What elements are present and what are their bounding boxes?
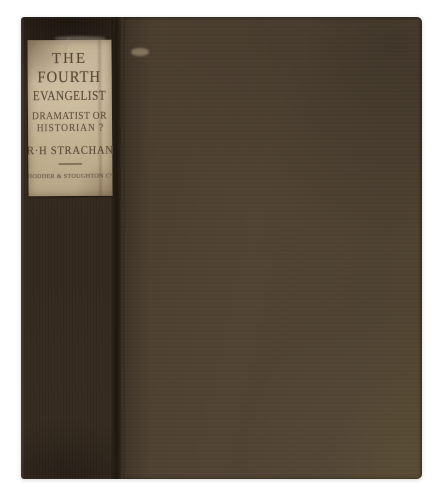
label-subtitle-line-1: DRAMATIST OR bbox=[33, 111, 108, 122]
spine-hinge-groove bbox=[113, 17, 123, 479]
label-author-line: R·H STRACHAN bbox=[27, 145, 114, 157]
book: THE FOURTH EVANGELIST DRAMATIST OR HISTO… bbox=[21, 17, 422, 479]
label-publisher-line: HODDER & STOUGHTON Cº bbox=[28, 174, 113, 181]
photo-of-book: THE FOURTH EVANGELIST DRAMATIST OR HISTO… bbox=[0, 0, 440, 500]
front-cover bbox=[123, 17, 422, 479]
label-title-line-1: THE bbox=[52, 52, 87, 67]
label-title-line-2: FOURTH bbox=[38, 70, 102, 86]
spine-paper-label: THE FOURTH EVANGELIST DRAMATIST OR HISTO… bbox=[27, 40, 112, 197]
label-subtitle-line-2: HISTORIAN ? bbox=[36, 124, 103, 135]
label-divider-rule bbox=[58, 163, 82, 165]
label-title-line-3: EVANGELIST bbox=[33, 89, 106, 103]
